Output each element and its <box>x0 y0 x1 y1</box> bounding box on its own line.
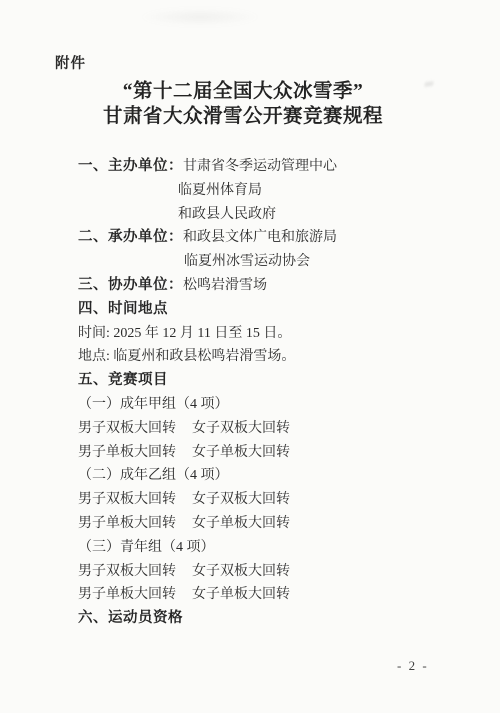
organizer-line: 二、承办单位：和政县文体广电和旅游局 <box>78 226 470 250</box>
event-group-2-name: （二）成年乙组（4 项） <box>78 464 470 488</box>
event-item: 女子单板大回转 <box>192 445 290 460</box>
event-item: 女子单板大回转 <box>192 587 290 602</box>
event-group-2-row-2: 男子单板大回转女子单板大回转 <box>78 512 470 536</box>
event-item: 男子单板大回转 <box>78 512 192 536</box>
document-body: 一、主办单位：甘肃省冬季运动管理中心 临夏州体育局 和政县人民政府 二、承办单位… <box>78 155 470 631</box>
attachment-label: 附件 <box>55 56 86 73</box>
event-item: 男子双板大回转 <box>78 488 192 512</box>
time-line: 时间: 2025 年 12 月 11 日至 15 日。 <box>78 322 470 346</box>
event-group-3-name: （三）青年组（4 项） <box>78 536 470 560</box>
event-item: 男子双板大回转 <box>78 560 192 584</box>
organizer-label: 二、承办单位： <box>78 229 183 245</box>
scanned-document-page: 附件 “第十二届全国大众冰雪季” 甘肃省大众滑雪公开赛竞赛规程 一、主办单位：甘… <box>0 0 500 713</box>
host-organizer-label: 一、主办单位： <box>78 158 183 174</box>
event-group-1-name: （一）成年甲组（4 项） <box>78 393 470 417</box>
host-organizer-line-2: 临夏州体育局 <box>78 179 470 203</box>
host-organizer-line-3: 和政县人民政府 <box>78 203 470 227</box>
event-item: 女子双板大回转 <box>192 421 290 436</box>
co-organizer-line: 三、协办单位：松鸣岩滑雪场 <box>78 274 470 298</box>
co-organizer-value: 松鸣岩滑雪场 <box>183 278 267 293</box>
event-group-2-row-1: 男子双板大回转女子双板大回转 <box>78 488 470 512</box>
organizer-value: 和政县文体广电和旅游局 <box>183 230 337 245</box>
document-title: “第十二届全国大众冰雪季” 甘肃省大众滑雪公开赛竞赛规程 <box>0 80 486 129</box>
co-organizer-label: 三、协办单位： <box>78 277 183 293</box>
event-item: 女子双板大回转 <box>192 492 290 507</box>
host-organizer-value: 甘肃省冬季运动管理中心 <box>183 159 337 174</box>
event-item: 男子单板大回转 <box>78 583 192 607</box>
event-group-3-row-2: 男子单板大回转女子单板大回转 <box>78 583 470 607</box>
event-group-1-row-2: 男子单板大回转女子单板大回转 <box>78 441 470 465</box>
event-group-3-row-1: 男子双板大回转女子双板大回转 <box>78 560 470 584</box>
event-item: 女子单板大回转 <box>192 516 290 531</box>
page-number: - 2 - <box>397 658 429 674</box>
event-item: 女子双板大回转 <box>192 564 290 579</box>
document-title-line-1: “第十二届全国大众冰雪季” <box>0 80 486 105</box>
time-place-heading: 四、时间地点 <box>78 298 470 322</box>
place-line: 地点: 临夏州和政县松鸣岩滑雪场。 <box>78 345 470 369</box>
host-organizer-line: 一、主办单位：甘肃省冬季运动管理中心 <box>78 155 470 179</box>
eligibility-heading: 六、运动员资格 <box>78 607 470 631</box>
event-group-1-row-1: 男子双板大回转女子双板大回转 <box>78 417 470 441</box>
event-item: 男子双板大回转 <box>78 417 192 441</box>
organizer-line-2: 临夏州冰雪运动协会 <box>78 250 470 274</box>
event-item: 男子单板大回转 <box>78 441 192 465</box>
document-title-line-2: 甘肃省大众滑雪公开赛竞赛规程 <box>0 105 486 130</box>
scan-smudge-artifact <box>140 8 260 26</box>
events-heading: 五、竞赛项目 <box>78 369 470 393</box>
